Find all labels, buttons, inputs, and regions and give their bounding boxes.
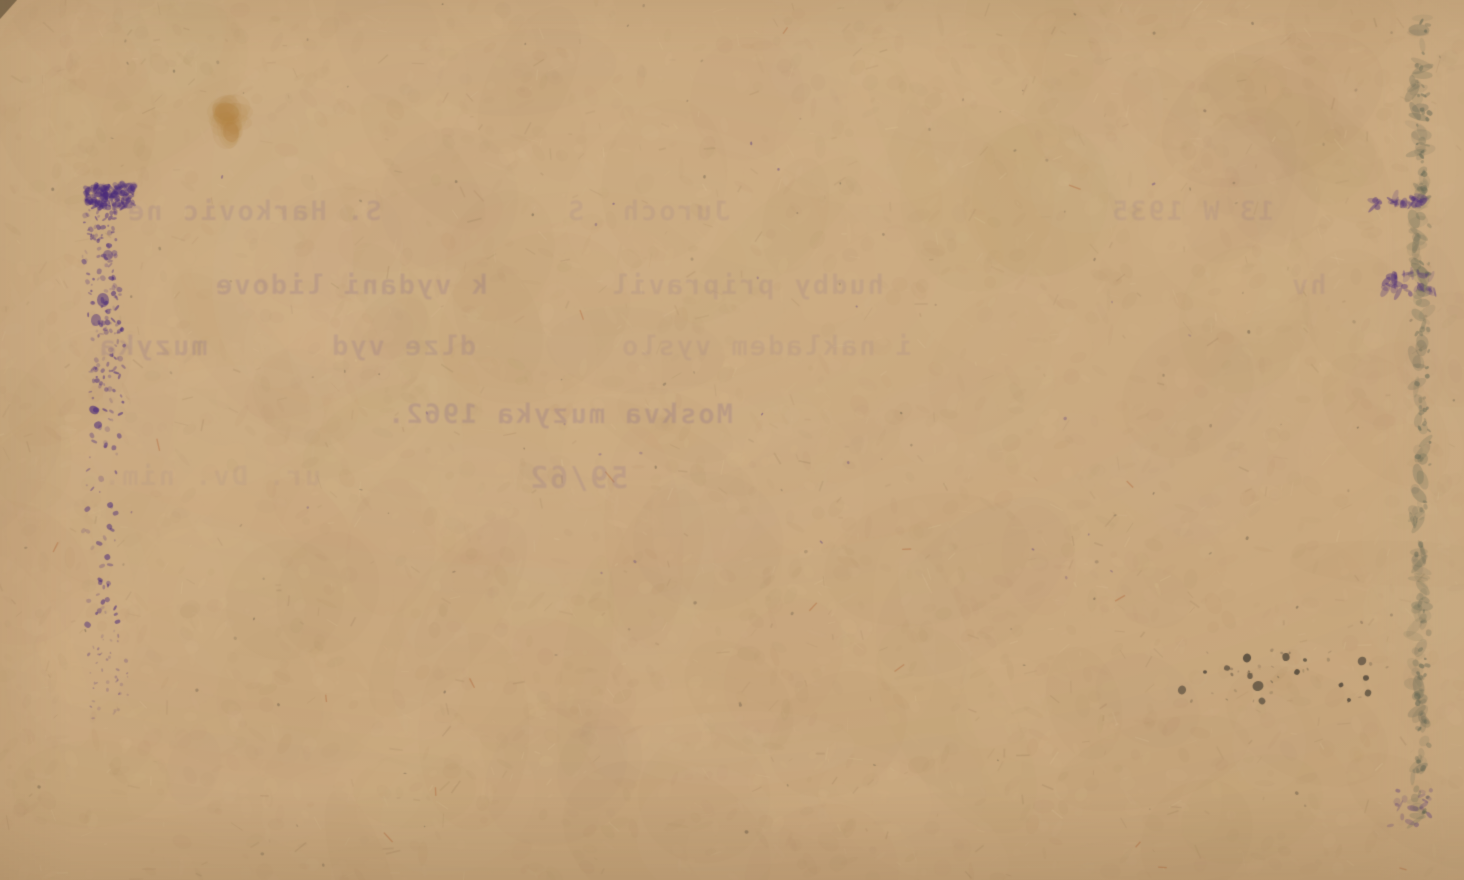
paper-texture-canvas	[0, 0, 1464, 880]
scanned-card: S. Harkovic ne Juroch S 13 W 1935 k vyda…	[0, 0, 1464, 880]
